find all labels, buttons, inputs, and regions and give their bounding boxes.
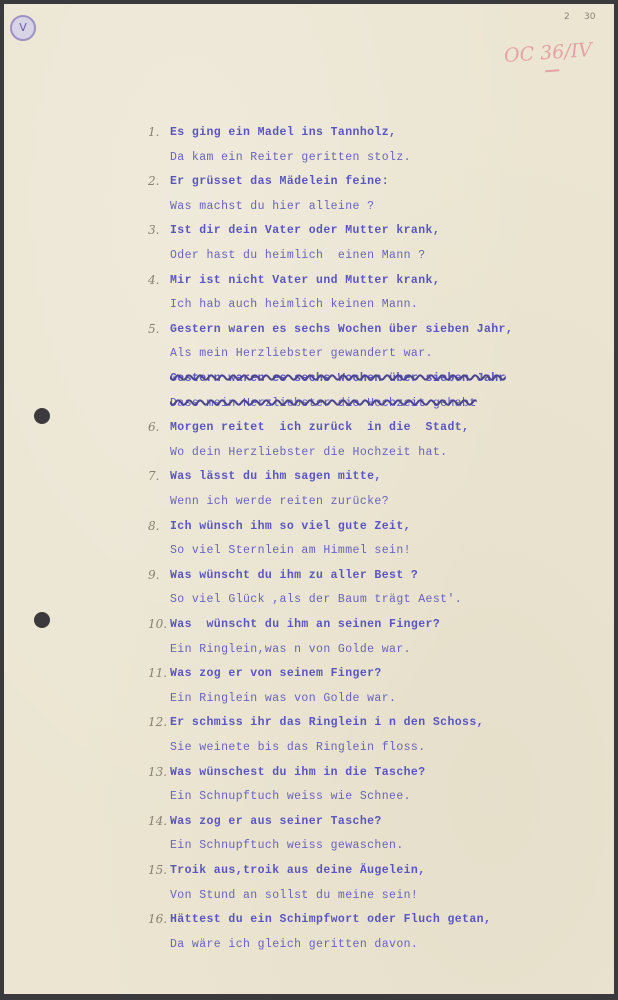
verse-line: Was wünschest du ihm in die Tasche?: [170, 766, 426, 779]
verse-line: Was lässt du ihm sagen mitte,: [170, 470, 382, 483]
stanza-number: 6.: [148, 420, 159, 434]
stanza-number: 15.: [148, 863, 167, 877]
verse-line: Morgen reitet ich zurück in die Stadt,: [170, 421, 469, 434]
verse-line: Oder hast du heimlich einen Mann ?: [170, 249, 426, 262]
verse-line: Was zog er aus seiner Tasche?: [170, 815, 382, 828]
punch-hole-icon: [34, 408, 50, 424]
verse-line: Was wünscht du ihm an seinen Finger?: [170, 618, 440, 631]
struck-verse-line: Dass mein Herzliebster die Hochzeit geha…: [170, 397, 477, 410]
verse-line: So viel Glück ,als der Baum trägt Aest'.: [170, 593, 462, 606]
stanza-number: 12.: [148, 715, 167, 729]
verse-line: Was zog er von seinem Finger?: [170, 667, 382, 680]
verse-line: Ein Schnupftuch weiss gewaschen.: [170, 839, 404, 852]
document-page: V 2 30 OC 36/IV 1.Es ging ein Madel ins …: [4, 4, 614, 994]
stanza-number: 14.: [148, 814, 167, 828]
verse-line: Ein Schnupftuch weiss wie Schnee.: [170, 790, 411, 803]
verse-line: Als mein Herzliebster gewandert war.: [170, 347, 433, 360]
stanza-number: 4.: [148, 273, 159, 287]
verse-line: Sie weinete bis das Ringlein floss.: [170, 741, 426, 754]
verse-line: Er schmiss ihr das Ringlein i n den Scho…: [170, 716, 484, 729]
stanza-number: 3.: [148, 223, 159, 237]
verse-line: Was wünscht du ihm zu aller Best ?: [170, 569, 418, 582]
verse-line: Es ging ein Madel ins Tannholz,: [170, 126, 396, 139]
stanza-number: 7.: [148, 469, 159, 483]
stanza-number: 1.: [148, 125, 159, 139]
verse-line: Wenn ich werde reiten zurücke?: [170, 495, 389, 508]
verse-line: Troik aus,troik aus deine Äugelein,: [170, 864, 426, 877]
archive-stamp-icon: V: [10, 15, 36, 41]
stanza-number: 11.: [148, 666, 167, 680]
punch-hole-icon: [34, 612, 50, 628]
verse-line: Da kam ein Reiter geritten stolz.: [170, 151, 411, 164]
stanza-number: 8.: [148, 519, 159, 533]
verse-line: Von Stund an sollst du meine sein!: [170, 889, 418, 902]
stanza-number: 5.: [148, 322, 159, 336]
verse-line: So viel Sternlein am Himmel sein!: [170, 544, 411, 557]
verse-line: Wo dein Herzliebster die Hochzeit hat.: [170, 446, 447, 459]
folio-number: 30: [584, 12, 595, 22]
stanza-number: 2.: [148, 174, 159, 188]
stanza-number: 13.: [148, 765, 167, 779]
verse-line: Ein Ringlein was von Golde war.: [170, 692, 396, 705]
archive-signature: OC 36/IV: [503, 39, 592, 67]
verse-line: Ich hab auch heimlich keinen Mann.: [170, 298, 418, 311]
verse-line: Was machst du hier alleine ?: [170, 200, 374, 213]
verse-line: Gestern waren es sechs Wochen über siebe…: [170, 323, 513, 336]
verse-line: Ist dir dein Vater oder Mutter krank,: [170, 224, 440, 237]
stanza-number: 16.: [148, 912, 167, 926]
stanza-number: 9.: [148, 568, 159, 582]
verse-line: Er grüsset das Mädelein feine:: [170, 175, 389, 188]
verse-line: Ich wünsch ihm so viel gute Zeit,: [170, 520, 411, 533]
stanza-number: 10.: [148, 617, 167, 631]
struck-verse-line: Gestern waren es sechs Wochen über siebe…: [170, 372, 506, 385]
page-number: 2: [564, 12, 570, 22]
verse-line: Mir ist nicht Vater und Mutter krank,: [170, 274, 440, 287]
verse-line: Ein Ringlein,was n von Golde war.: [170, 643, 411, 656]
verse-line: Da wäre ich gleich geritten davon.: [170, 938, 418, 951]
verse-line: Hättest du ein Schimpfwort oder Fluch ge…: [170, 913, 491, 926]
